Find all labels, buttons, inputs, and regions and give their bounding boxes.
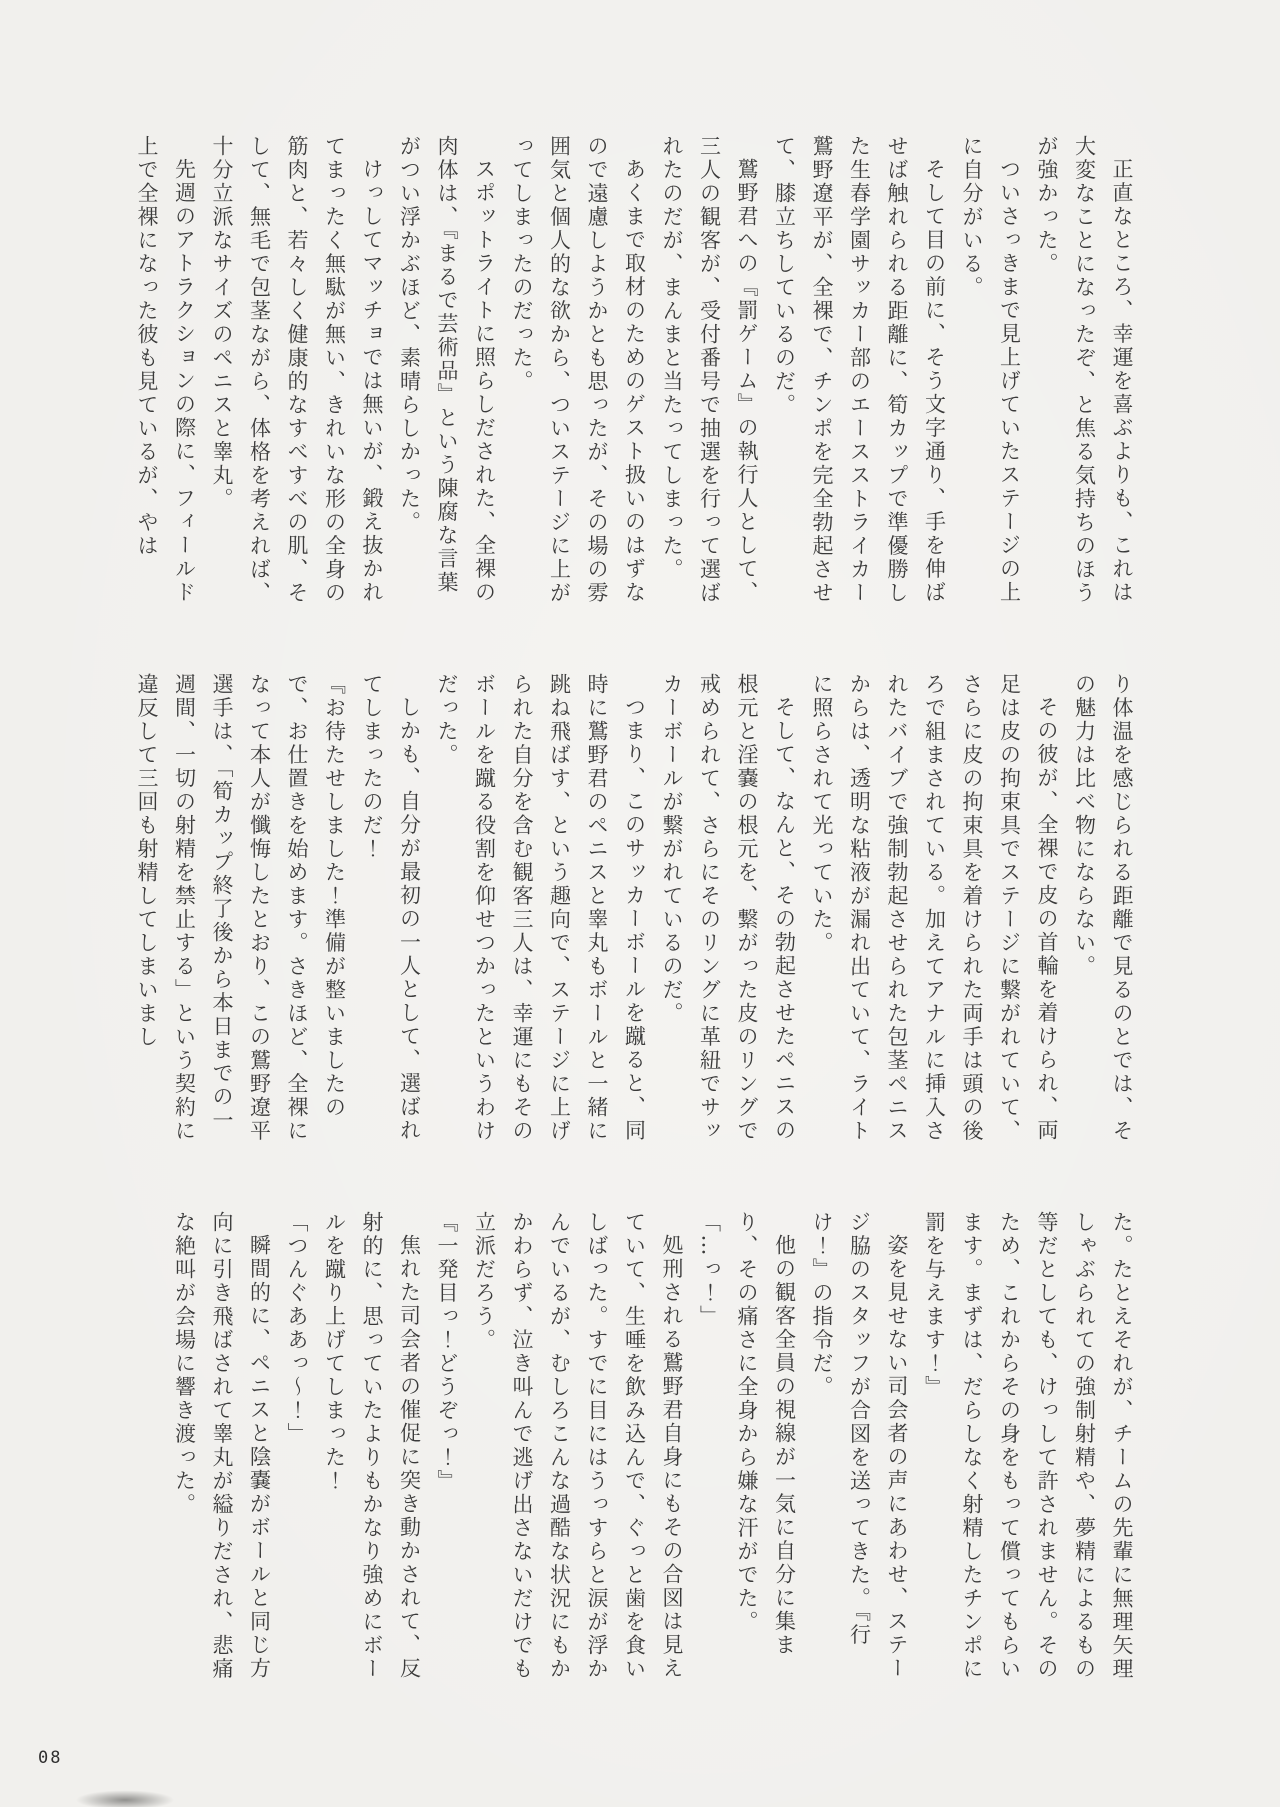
paragraph: 「…っ！」	[690, 1211, 728, 1681]
paragraph: 他の観客全員の視線が一気に自分に集まり、その痛さに全身から嫌な汗がでた。	[728, 1211, 803, 1681]
paragraph: 『お待たせしました！準備が整いましたので、お仕置きを始めます。さきほど、全裸にな…	[128, 673, 353, 1143]
paragraph: スポットライトに照らしだされた、全裸の肉体は、『まるで芸術品』という陳腐な言葉が…	[390, 135, 503, 605]
paragraph: 「つんぐああっ〜！」	[278, 1211, 316, 1681]
text-band-middle: り体温を感じられる距離で見るのとでは、その魅力は比べ物にならない。その彼が、全裸…	[128, 673, 1141, 1143]
novel-page: 正直なところ、幸運を喜ぶよりも、これは大変なことになったぞ、と焦る気持ちのほうが…	[0, 0, 1280, 1807]
paragraph: ついさっきまで見上げていたステージの上に自分がいる。	[953, 135, 1028, 605]
paragraph: つまり、このサッカーボールを蹴ると、同時に鷲野君のペニスと睾丸もボールと一緒に跳…	[428, 673, 653, 1143]
paragraph: 処刑される鷲野君自身にもその合図は見えていて、生唾を飲み込んで、ぐっと歯を食いし…	[465, 1211, 690, 1681]
paragraph: 瞬間的に、ペニスと陰嚢がボールと同じ方向に引き飛ばされて睾丸が縊りだされ、悲痛な…	[165, 1211, 278, 1681]
paragraph: 姿を見せない司会者の声にあわせ、ステージ脇のスタッフが合図を送ってきた。『行け！…	[803, 1211, 916, 1681]
paragraph: 『一発目っ！どうぞっ！』	[428, 1211, 466, 1681]
paragraph: しかも、自分が最初の一人として、選ばれてしまったのだ！	[353, 673, 428, 1143]
paragraph: そして、なんと、その勃起させたペニスの根元と淫嚢の根元を、繋がった皮のリングで戒…	[653, 673, 803, 1143]
paragraph: 鷲野君への『罰ゲーム』の執行人として、三人の観客が、受付番号で抽選を行って選ばれ…	[653, 135, 766, 605]
paragraph: 正直なところ、幸運を喜ぶよりも、これは大変なことになったぞ、と焦る気持ちのほうが…	[1028, 135, 1141, 605]
paragraph: 先週のアトラクションの際に、フィールド上で全裸になった彼も見ているが、やは	[128, 135, 203, 605]
paragraph: そして目の前に、そう文字通り、手を伸ばせば触れられる距離に、筍カップで準優勝した…	[765, 135, 953, 605]
paragraph: あくまで取材のためのゲスト扱いのはずなので遠慮しようかとも思ったが、その場の雰囲…	[503, 135, 653, 605]
paragraph: その彼が、全裸で皮の首輪を着けられ、両足は皮の拘束具でステージに繋がれていて、さ…	[803, 673, 1066, 1143]
paragraph: 焦れた司会者の催促に突き動かされて、反射的に、思っていたよりもかなり強めにボール…	[315, 1211, 428, 1681]
paragraph: た。たとえそれが、チームの先輩に無理矢理しゃぶられての強制射精や、夢精によるもの…	[915, 1211, 1140, 1681]
page-number: 08	[38, 1748, 62, 1768]
paragraph: けっしてマッチョでは無いが、鍛え抜かれてまったく無駄が無い、きれいな形の全身の筋…	[203, 135, 391, 605]
text-band-top: 正直なところ、幸運を喜ぶよりも、これは大変なことになったぞ、と焦る気持ちのほうが…	[128, 135, 1141, 605]
paragraph: り体温を感じられる距離で見るのとでは、その魅力は比べ物にならない。	[1065, 673, 1140, 1143]
text-band-bottom: た。たとえそれが、チームの先輩に無理矢理しゃぶられての強制射精や、夢精によるもの…	[165, 1211, 1140, 1681]
